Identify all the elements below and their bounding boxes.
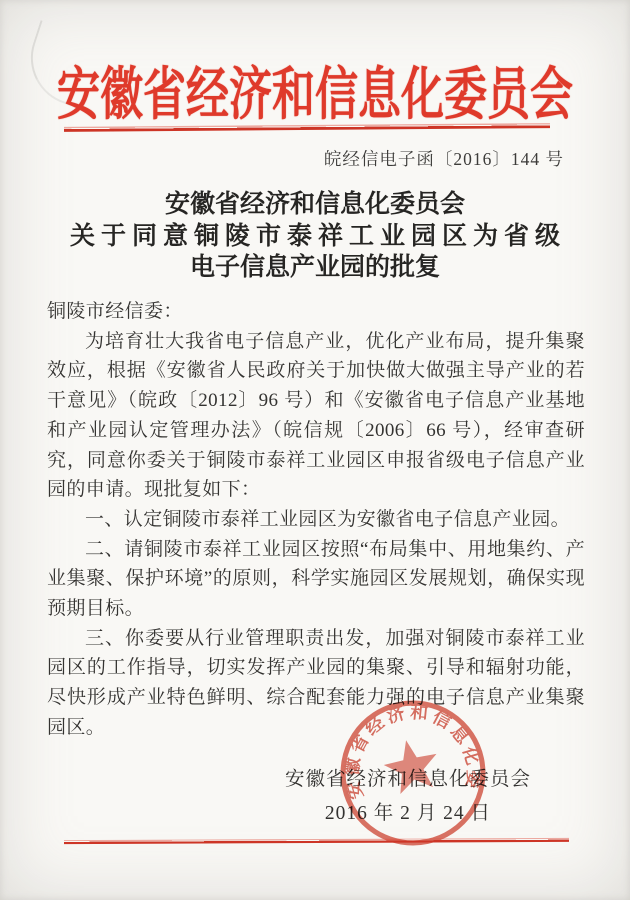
body-paragraph-intro: 为培育壮大我省电子信息产业，优化产业布局，提升集聚效应，根据《安徽省人民政府关于… bbox=[47, 327, 585, 505]
body-paragraph-item1: 一、认定铜陵市泰祥工业园区为安徽省电子信息产业园。 bbox=[47, 505, 585, 535]
document-title: 安徽省经济和信息化委员会 关于同意铜陵市泰祥工业园区为省级 电子信息产业园的批复 bbox=[0, 189, 630, 284]
signature-org-name: 安徽省经济和信息化委员会 bbox=[285, 763, 531, 791]
body-paragraph-item2: 二、请铜陵市泰祥工业园区按照“布局集中、用地集约、产业集聚、保护环境”的原则，科… bbox=[47, 535, 585, 624]
letterhead-org-name: 安徽省经济和信息化委员会 bbox=[0, 50, 630, 131]
document-number: 皖经信电子函〔2016〕144 号 bbox=[324, 146, 564, 171]
document-title-line2: 关于同意铜陵市泰祥工业园区为省级 bbox=[0, 221, 630, 253]
signature-block: 安徽省经济和信息化委员会 2016 年 2 月 24 日 bbox=[285, 763, 531, 825]
document-title-line1: 安徽省经济和信息化委员会 bbox=[0, 189, 630, 221]
footer-divider-line bbox=[64, 838, 569, 844]
salutation: 铜陵市经信委： bbox=[47, 297, 585, 327]
signature-date: 2016 年 2 月 24 日 bbox=[285, 797, 531, 825]
document-page: 安徽省经济和信息化委员会 皖经信电子函〔2016〕144 号 安徽省经济和信息化… bbox=[0, 0, 630, 900]
body-paragraph-item3: 三、你委要从行业管理职责出发，加强对铜陵市泰祥工业园区的工作指导，切实发挥产业园… bbox=[47, 624, 585, 743]
document-title-line3: 电子信息产业园的批复 bbox=[0, 252, 630, 284]
letter-body: 铜陵市经信委： 为培育壮大我省电子信息产业，优化产业布局，提升集聚效应，根据《安… bbox=[47, 297, 585, 743]
